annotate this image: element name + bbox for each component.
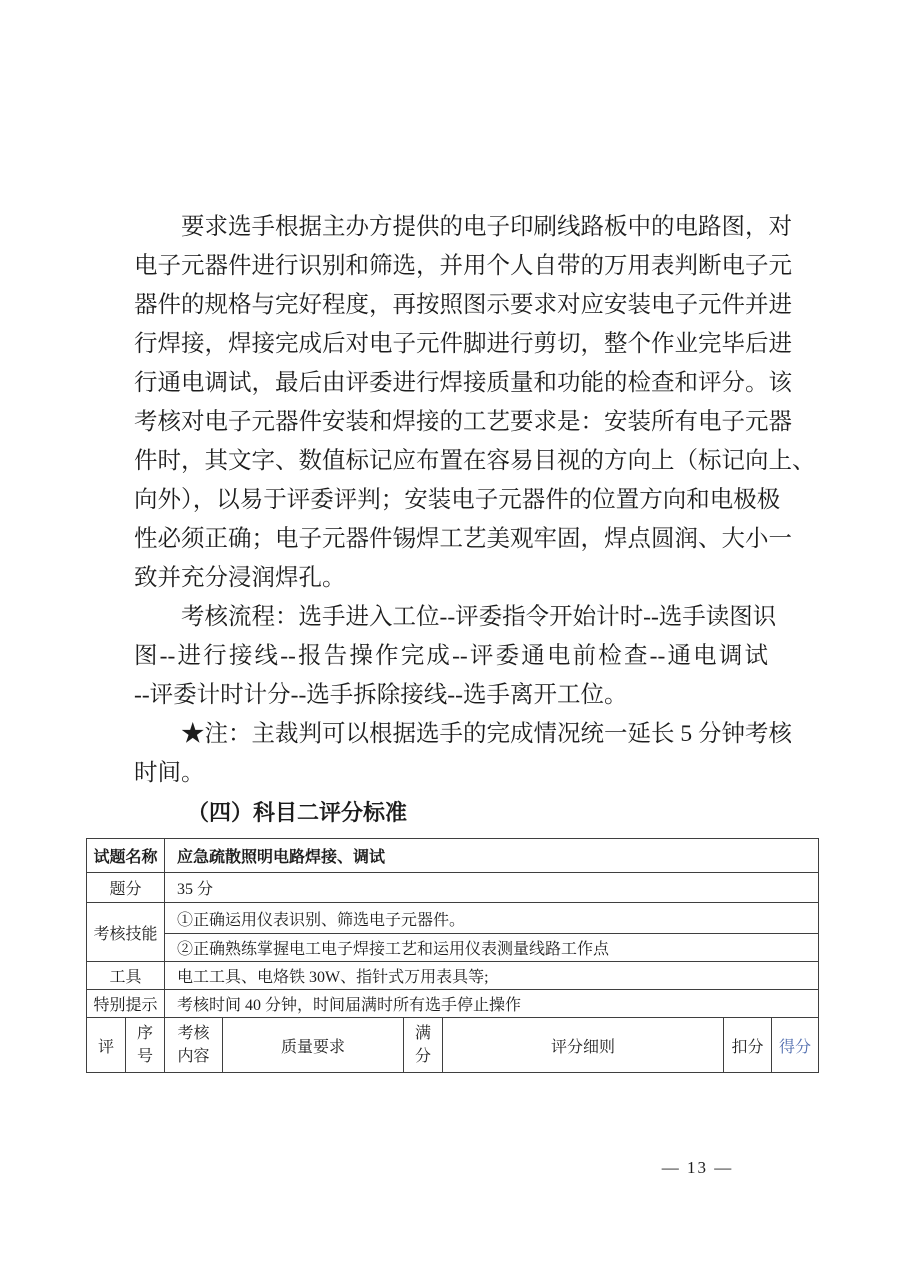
table-row-skills-1: 考核技能 ①正确运用仪表识别、筛选电子元器件。 [87,903,819,934]
paragraph1-line: 行通电调试，最后由评委进行焊接质量和功能的检查和评分。该 [134,364,768,403]
table-row-notice: 特别提示 考核时间 40 分钟，时间届满时所有选手停止操作 [87,990,819,1018]
paragraph1-line: 件时，其文字、数值标记应布置在容易目视的方向上（标记向上、 [134,442,768,481]
document-page: 要求选手根据主办方提供的电子印刷线路板中的电路图，对 电子元器件进行识别和筛选，… [0,0,900,1273]
header-quality: 质量要求 [223,1018,404,1073]
table-row-score: 题分 35 分 [87,873,819,903]
paragraph1-line: 电子元器件进行识别和筛选，并用个人自带的万用表判断电子元 [134,247,768,286]
table-row-tools: 工具 电工工具、电烙铁 30W、指针式万用表具等; [87,962,819,990]
table-header-row: 评 序号 考核内容 质量要求 满分 评分细则 扣分 得分 [87,1018,819,1073]
section-heading: （四）科目二评分标准 [134,793,768,832]
paragraph2-line: 图--进行接线--报告操作完成--评委通电前检查--通电调试 [134,637,768,676]
note-line: ★注：主裁判可以根据选手的完成情况统一延长 5 分钟考核 [134,715,768,754]
skills-item-1: ①正确运用仪表识别、筛选电子元器件。 [165,903,819,934]
header-rules: 评分细则 [443,1018,724,1073]
header-content-text: 考核内容 [177,1022,211,1068]
header-content: 考核内容 [165,1018,223,1073]
score-gain-header: 得分 [772,1018,819,1073]
skills-item-2: ②正确熟练掌握电工电子焊接工艺和运用仪表测量线路工作点 [165,934,819,962]
table-row-skills-2: ②正确熟练掌握电工电子焊接工艺和运用仪表测量线路工作点 [87,934,819,962]
notice-label: 特别提示 [87,990,165,1018]
paragraph1-line: 要求选手根据主办方提供的电子印刷线路板中的电路图，对 [134,208,768,247]
score-label: 题分 [87,873,165,903]
header-deduction: 扣分 [724,1018,772,1073]
note-line: 时间。 [134,754,768,793]
notice-value: 考核时间 40 分钟，时间届满时所有选手停止操作 [165,990,819,1018]
body-text: 要求选手根据主办方提供的电子印刷线路板中的电路图，对 电子元器件进行识别和筛选，… [134,208,768,832]
page-number: — 13 — [600,1158,795,1178]
exam-name-value: 应急疏散照明电路焊接、调试 [165,839,819,873]
paragraph2-line: --评委计时计分--选手拆除接线--选手离开工位。 [134,676,768,715]
scoring-table: 试题名称 应急疏散照明电路焊接、调试 题分 35 分 考核技能 ①正确运用仪表识… [86,838,819,1073]
header-full-score-text: 满分 [414,1022,432,1068]
skills-label: 考核技能 [87,903,165,962]
header-seq-text: 序号 [136,1022,154,1068]
paragraph1-line: 性必须正确；电子元器件锡焊工艺美观牢固，焊点圆润、大小一 [134,520,768,559]
paragraph1-line: 向外），以易于评委评判；安装电子元器件的位置方向和电极极 [134,481,768,520]
table-row-exam-name: 试题名称 应急疏散照明电路焊接、调试 [87,839,819,873]
paragraph1-line: 器件的规格与完好程度，再按照图示要求对应安装电子元件并进 [134,286,768,325]
tools-label: 工具 [87,962,165,990]
tools-value: 电工工具、电烙铁 30W、指针式万用表具等; [165,962,819,990]
paragraph1-line: 考核对电子元器件安装和焊接的工艺要求是：安装所有电子元器 [134,403,768,442]
header-seq: 序号 [126,1018,165,1073]
paragraph1-line: 行焊接，焊接完成后对电子元件脚进行剪切，整个作业完毕后进 [134,325,768,364]
score-value: 35 分 [165,873,819,903]
paragraph1-line: 致并充分浸润焊孔。 [134,559,768,598]
exam-name-label: 试题名称 [87,839,165,873]
header-judge: 评 [87,1018,126,1073]
header-full-score: 满分 [404,1018,443,1073]
paragraph2-line: 考核流程：选手进入工位--评委指令开始计时--选手读图识 [134,598,768,637]
